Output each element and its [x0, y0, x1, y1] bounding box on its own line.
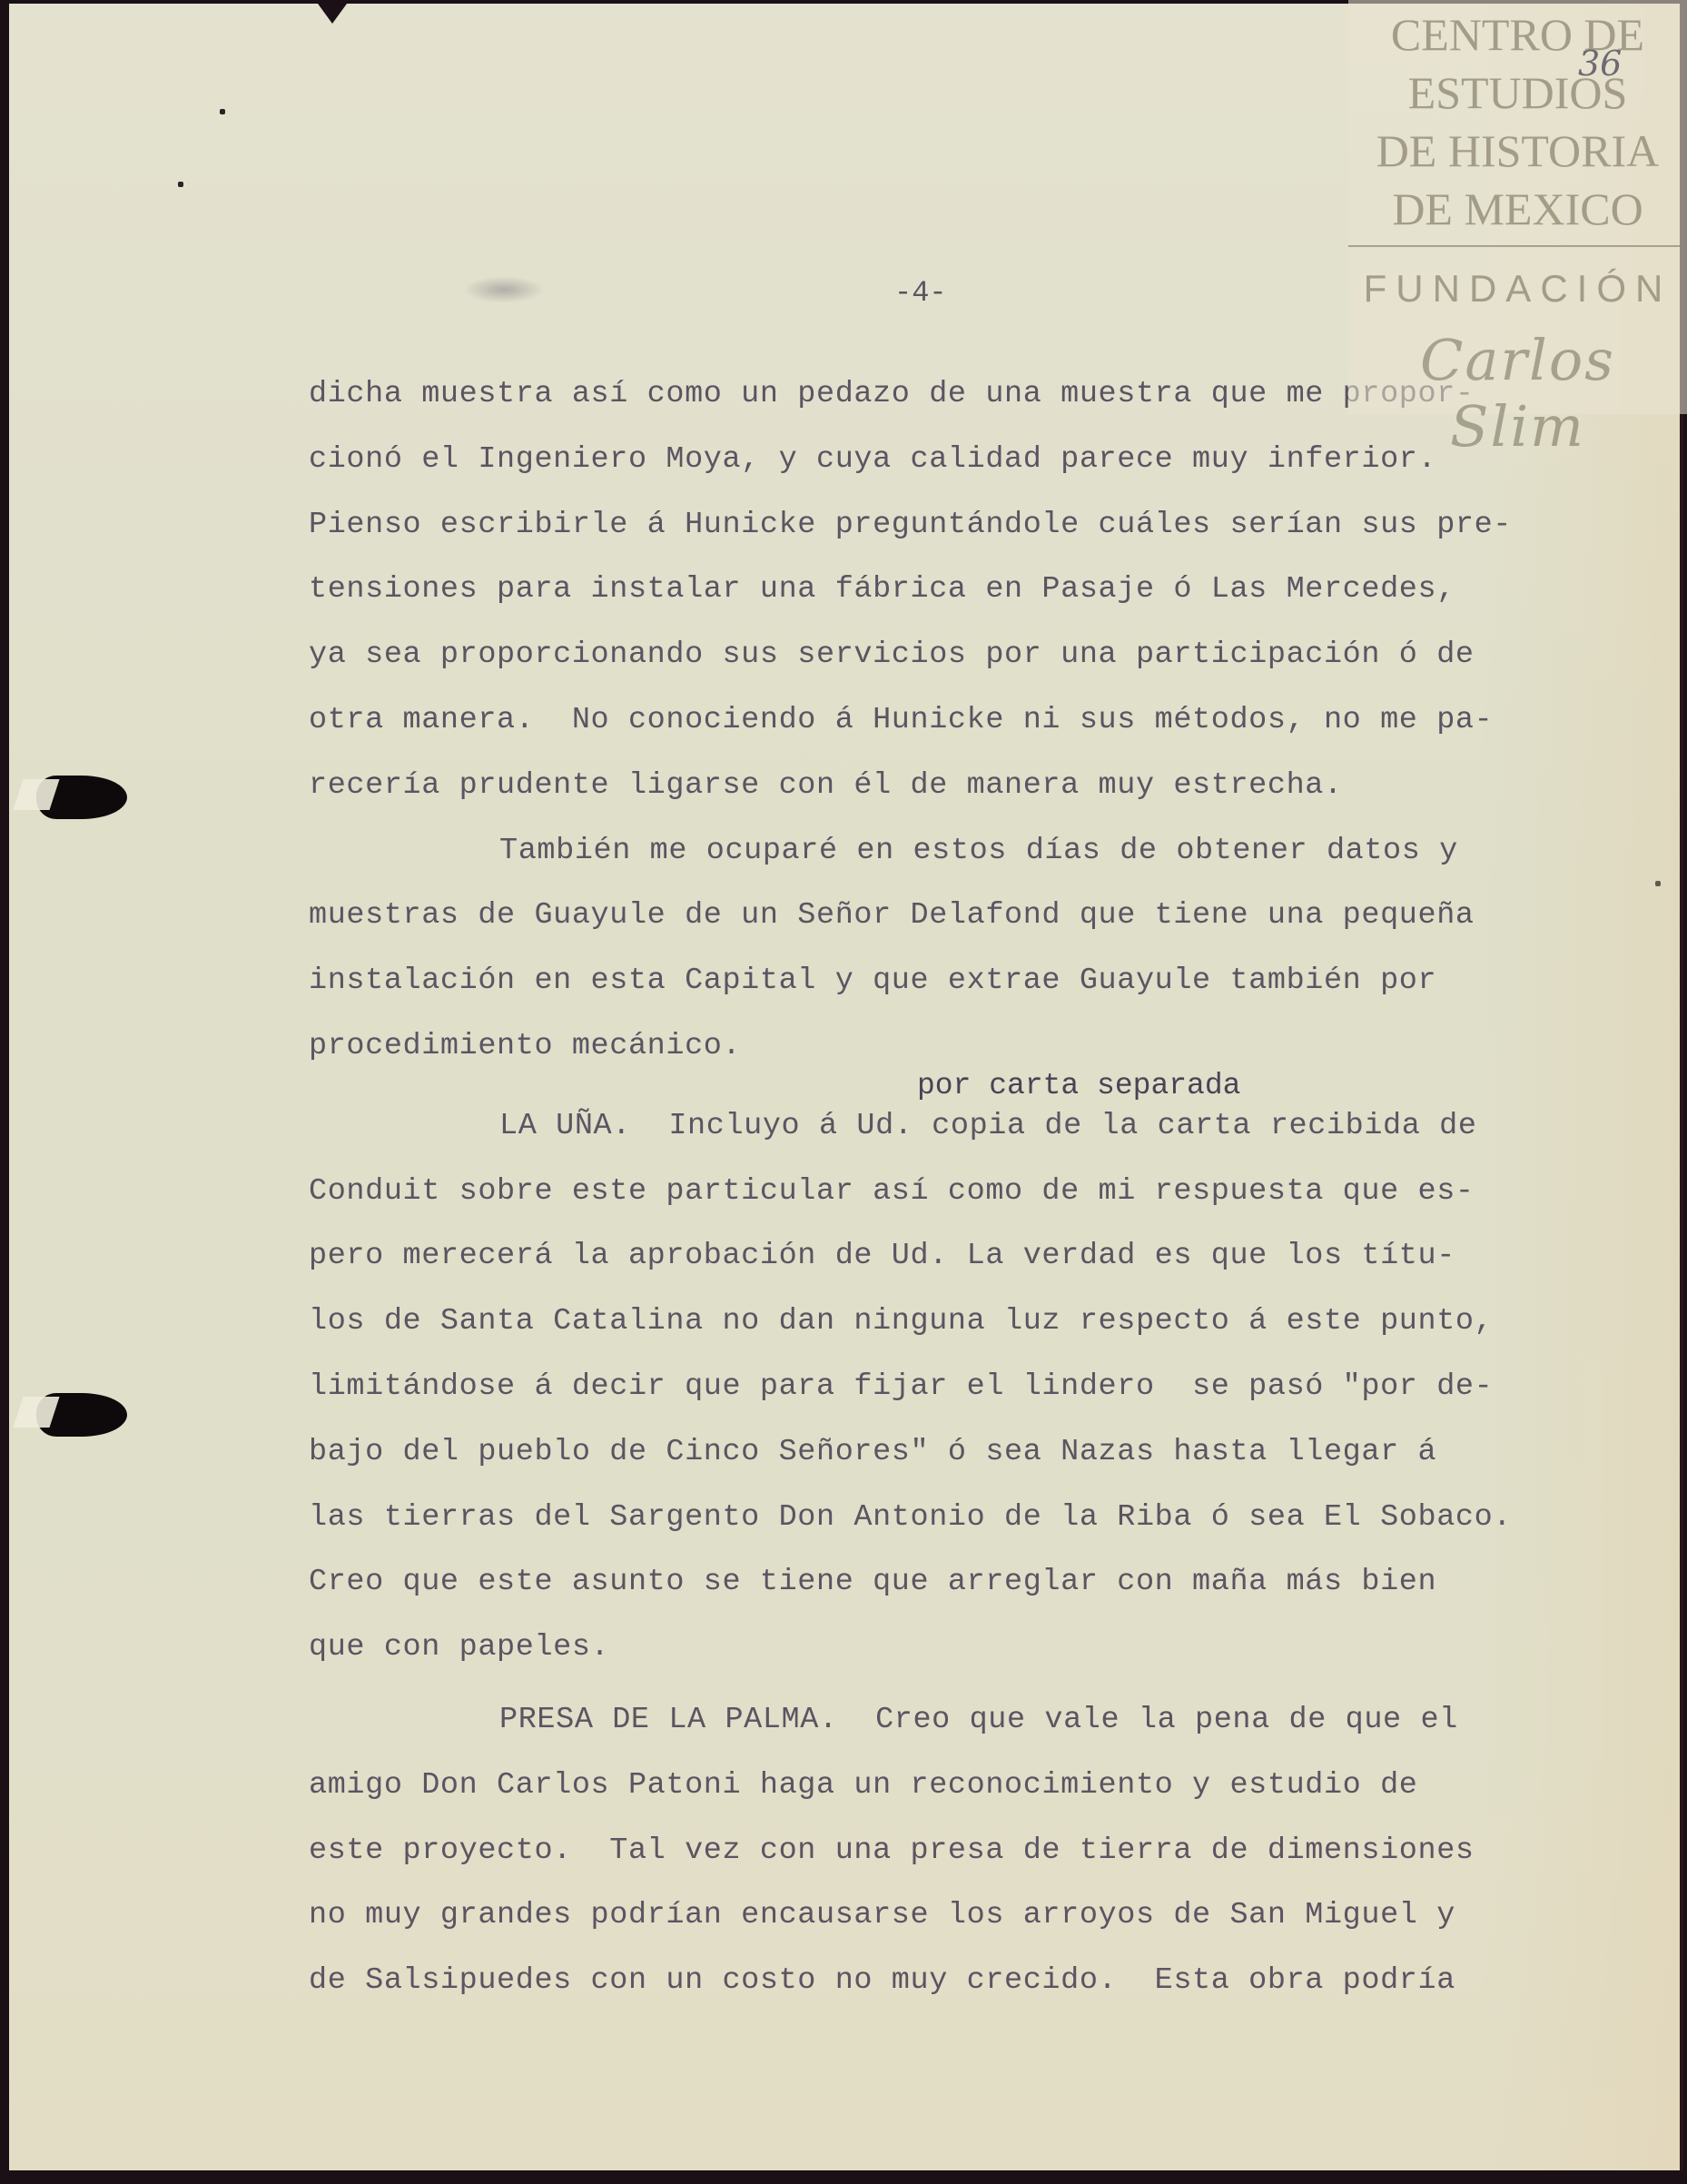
text-line: amigo Don Carlos Patoni haga un reconoci… — [309, 1754, 1598, 1819]
text-line: recería prudente ligarse con él de maner… — [309, 754, 1598, 819]
stamp-line: DE HISTORIA — [1348, 122, 1687, 180]
text-line: este proyecto. Tal vez con una presa de … — [309, 1819, 1598, 1884]
ink-speck — [178, 182, 183, 187]
ink-speck — [1655, 881, 1661, 886]
stamp-foundation: FUNDACIÓN — [1348, 267, 1687, 311]
text-line: procedimiento mecánico. — [309, 1014, 1598, 1080]
handwritten-folio-number: 36 — [1578, 44, 1622, 84]
text-line: Creo que este asunto se tiene que arregl… — [309, 1550, 1598, 1616]
ink-speck — [220, 109, 225, 114]
text-line: las tierras del Sargento Don Antonio de … — [309, 1486, 1598, 1551]
stamp-line: CENTRO DE — [1348, 5, 1687, 64]
text-line: instalación en esta Capital y que extrae… — [309, 949, 1598, 1014]
text-line: bajo del pueblo de Cinco Señores" ó sea … — [309, 1420, 1598, 1486]
stamp-divider — [1348, 245, 1687, 247]
stamp-line: DE MEXICO — [1348, 180, 1687, 238]
text-line: pero merecerá la aprobación de Ud. La ve… — [309, 1224, 1598, 1290]
ink-smudge — [463, 276, 545, 303]
section-presa-de-la-palma: PRESA DE LA PALMA. Creo que vale la pena… — [309, 1688, 1598, 1754]
text-line: muestras de Guayule de un Señor Delafond… — [309, 884, 1598, 949]
archive-watermark-stamp: CENTRO DE ESTUDIOS DE HISTORIA DE MEXICO… — [1348, 0, 1687, 414]
text-line: Conduit sobre este particular así como d… — [309, 1160, 1598, 1225]
punch-hole-top — [36, 776, 127, 819]
text-line: ya sea proporcionando sus servicios por … — [309, 623, 1598, 688]
text-line: tensiones para instalar una fábrica en P… — [309, 558, 1598, 623]
text-line: no muy grandes podrían encausarse los ar… — [309, 1883, 1598, 1949]
stamp-signature: Carlos Slim — [1348, 327, 1687, 460]
section-la-una: LA UÑA. Incluyo á Ud. copia de la carta … — [309, 1094, 1598, 1160]
text-line: que con papeles. — [309, 1616, 1598, 1681]
torn-corner — [318, 4, 347, 24]
punch-hole-bottom — [36, 1393, 127, 1437]
stamp-line: ESTUDIOS — [1348, 64, 1687, 122]
text-line: limitándose á decir que para fijar el li… — [309, 1355, 1598, 1420]
text-line: de Salsipuedes con un costo no muy creci… — [309, 1949, 1598, 2014]
typewritten-body: dicha muestra así como un pedazo de una … — [309, 362, 1598, 2014]
text-line: otra manera. No conociendo á Hunicke ni … — [309, 688, 1598, 754]
paragraph-start: También me ocuparé en estos días de obte… — [309, 819, 1598, 884]
text-line: los de Santa Catalina no dan ninguna luz… — [309, 1290, 1598, 1355]
page-number: -4- — [894, 276, 947, 310]
text-line: Pienso escribirle á Hunicke preguntándol… — [309, 493, 1598, 558]
